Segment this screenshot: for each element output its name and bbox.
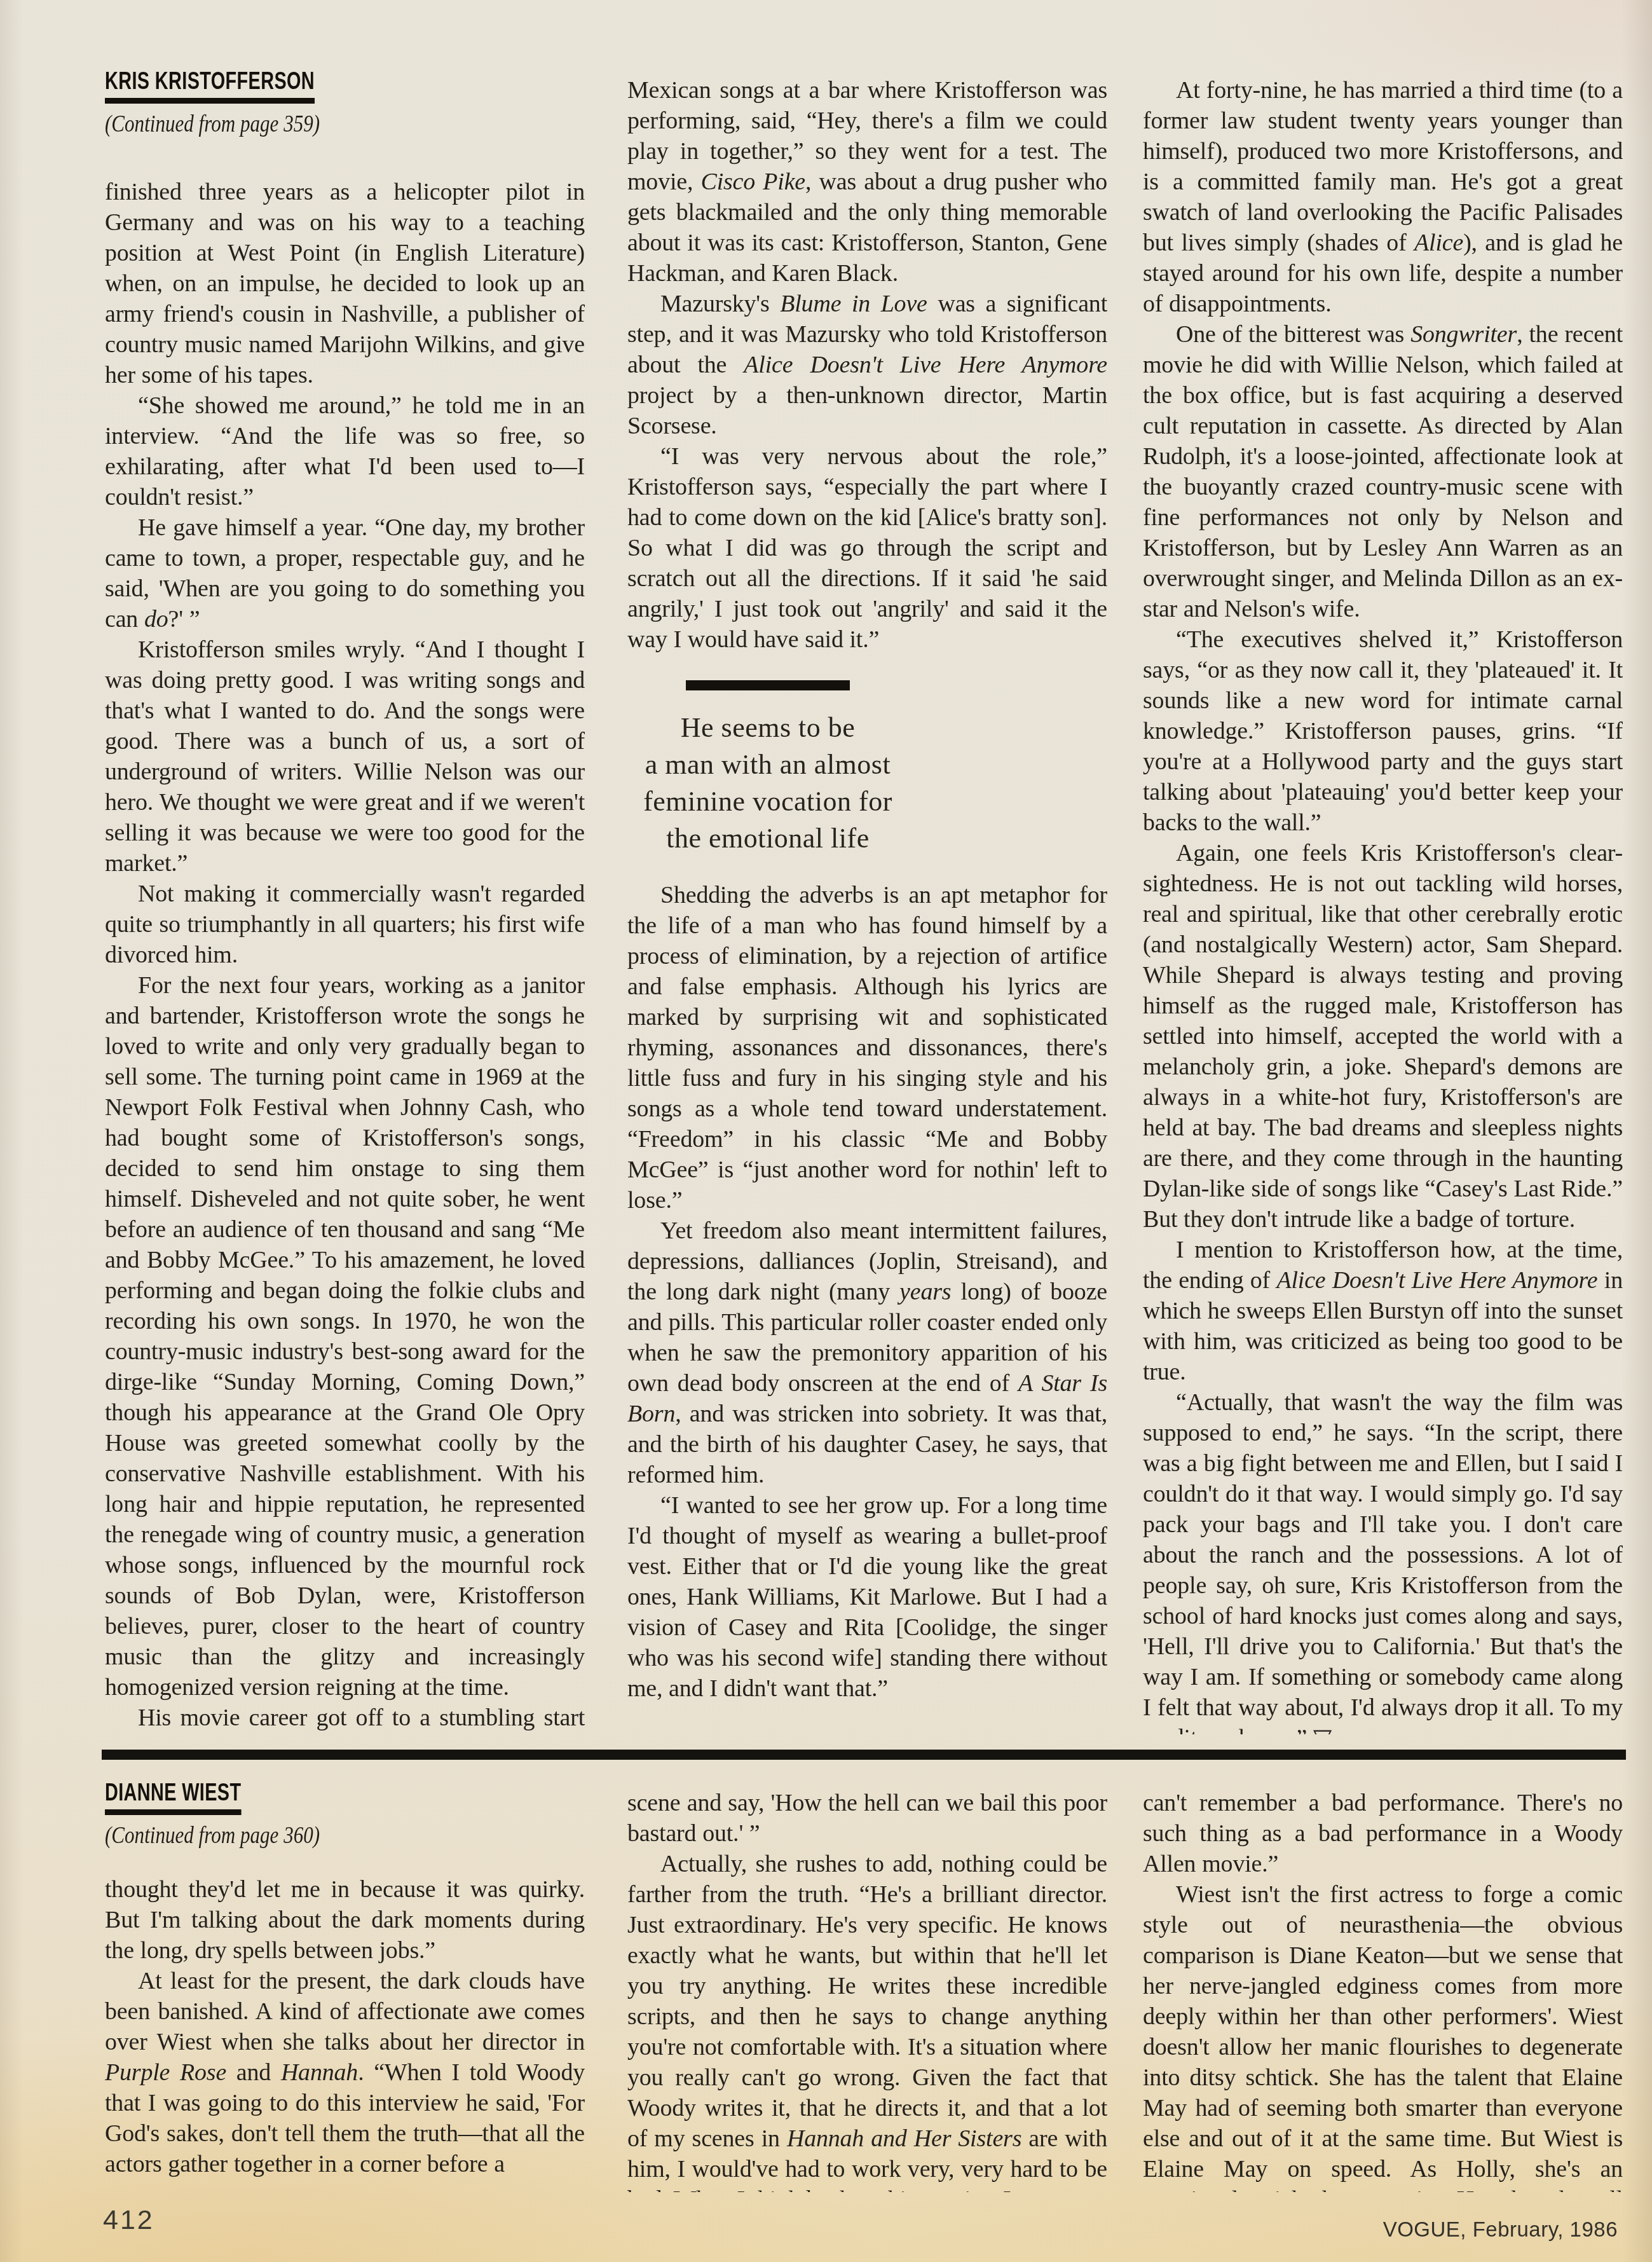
paragraph: Shedding the adverbs is an apt metaphor … — [627, 880, 1107, 1216]
paragraph: “The executives shelved it,” Kristoffers… — [1143, 624, 1623, 838]
column-text: thought they'd let me in because it was … — [105, 1874, 585, 2179]
wiest-column-3: can't remember a bad performance. There'… — [1143, 1788, 1623, 2192]
pull-quote-line: feminine vocation for — [631, 783, 905, 820]
article-title-block: KRIS KRISTOFFERSON — [105, 69, 585, 104]
magazine-page: KRIS KRISTOFFERSON (Continued from page … — [0, 0, 1652, 2262]
paragraph: He gave himself a year. “One day, my bro… — [105, 512, 585, 634]
pull-quote-line: the emotional life — [631, 820, 905, 857]
kristofferson-column-2: Mexican songs at a bar where Kristoffers… — [627, 75, 1107, 1734]
wiest-column-2: scene and say, 'How the hell can we bail… — [627, 1788, 1107, 2192]
paragraph: Not making it commercially wasn't regard… — [105, 879, 585, 970]
wiest-column-1: DIANNE WIEST (Continued from page 360) t… — [105, 1780, 585, 2192]
paragraph: thought they'd let me in because it was … — [105, 1874, 585, 1966]
column-text: Mexican songs at a bar where Kristoffers… — [627, 75, 1107, 655]
column-text: At forty-nine, he has married a third ti… — [1143, 75, 1623, 1734]
paragraph: “I was very nervous about the role,” Kri… — [627, 441, 1107, 655]
pull-quote-line: a man with an almost — [631, 746, 905, 783]
paragraph: Actually, she rushes to add, nothing cou… — [627, 1849, 1107, 2192]
paragraph: Yet freedom also meant intermittent fail… — [627, 1216, 1107, 1490]
article-title: KRIS KRISTOFFERSON — [105, 69, 315, 104]
section-divider-rule — [102, 1750, 1626, 1760]
column-text: Shedding the adverbs is an apt metaphor … — [627, 880, 1107, 1704]
magazine-footer: VOGUE, February, 1986 — [1383, 2217, 1618, 2242]
kristofferson-column-3: At forty-nine, he has married a third ti… — [1143, 75, 1623, 1734]
paragraph: I mention to Kristofferson how, at the t… — [1143, 1235, 1623, 1387]
paragraph: His movie career got off to a stumbling … — [105, 1703, 585, 1734]
paragraph: One of the bitterest was Songwriter, the… — [1143, 319, 1623, 624]
column-text: scene and say, 'How the hell can we bail… — [627, 1788, 1107, 2192]
kristofferson-column-1: KRIS KRISTOFFERSON (Continued from page … — [105, 69, 585, 1734]
paragraph: Again, one feels Kris Kristofferson's cl… — [1143, 838, 1623, 1235]
paragraph: Mazursky's Blume in Love was a significa… — [627, 289, 1107, 441]
pull-quote-text: He seems to bea man with an almostfemini… — [631, 709, 905, 857]
paragraph: scene and say, 'How the hell can we bail… — [627, 1788, 1107, 1849]
paragraph: For the next four years, working as a ja… — [105, 970, 585, 1703]
article-title: DIANNE WIEST — [105, 1780, 241, 1815]
paragraph: can't remember a bad performance. There'… — [1143, 1788, 1623, 1879]
column-text: can't remember a bad performance. There'… — [1143, 1788, 1623, 2192]
article-title-block: DIANNE WIEST — [105, 1780, 585, 1815]
paragraph: “Actually, that wasn't the way the film … — [1143, 1387, 1623, 1734]
paragraph: At least for the present, the dark cloud… — [105, 1966, 585, 2179]
paragraph: finished three years as a helicopter pil… — [105, 177, 585, 390]
continued-from-note: (Continued from page 359) — [105, 112, 320, 137]
pull-quote-bar — [686, 680, 850, 690]
paragraph: “I wanted to see her grow up. For a long… — [627, 1490, 1107, 1704]
pull-quote-line: He seems to be — [631, 709, 905, 746]
paragraph: Wiest isn't the first actress to forge a… — [1143, 1879, 1623, 2192]
column-text: finished three years as a helicopter pil… — [105, 177, 585, 1734]
paragraph: Mexican songs at a bar where Kristoffers… — [627, 75, 1107, 289]
continued-from-note: (Continued from page 360) — [105, 1823, 320, 1849]
paragraph: “She showed me around,” he told me in an… — [105, 390, 585, 512]
pull-quote: He seems to bea man with an almostfemini… — [631, 680, 905, 857]
paragraph: Kristofferson smiles wryly. “And I thoug… — [105, 634, 585, 879]
page-number: 412 — [103, 2205, 154, 2236]
paragraph: At forty-nine, he has married a third ti… — [1143, 75, 1623, 319]
